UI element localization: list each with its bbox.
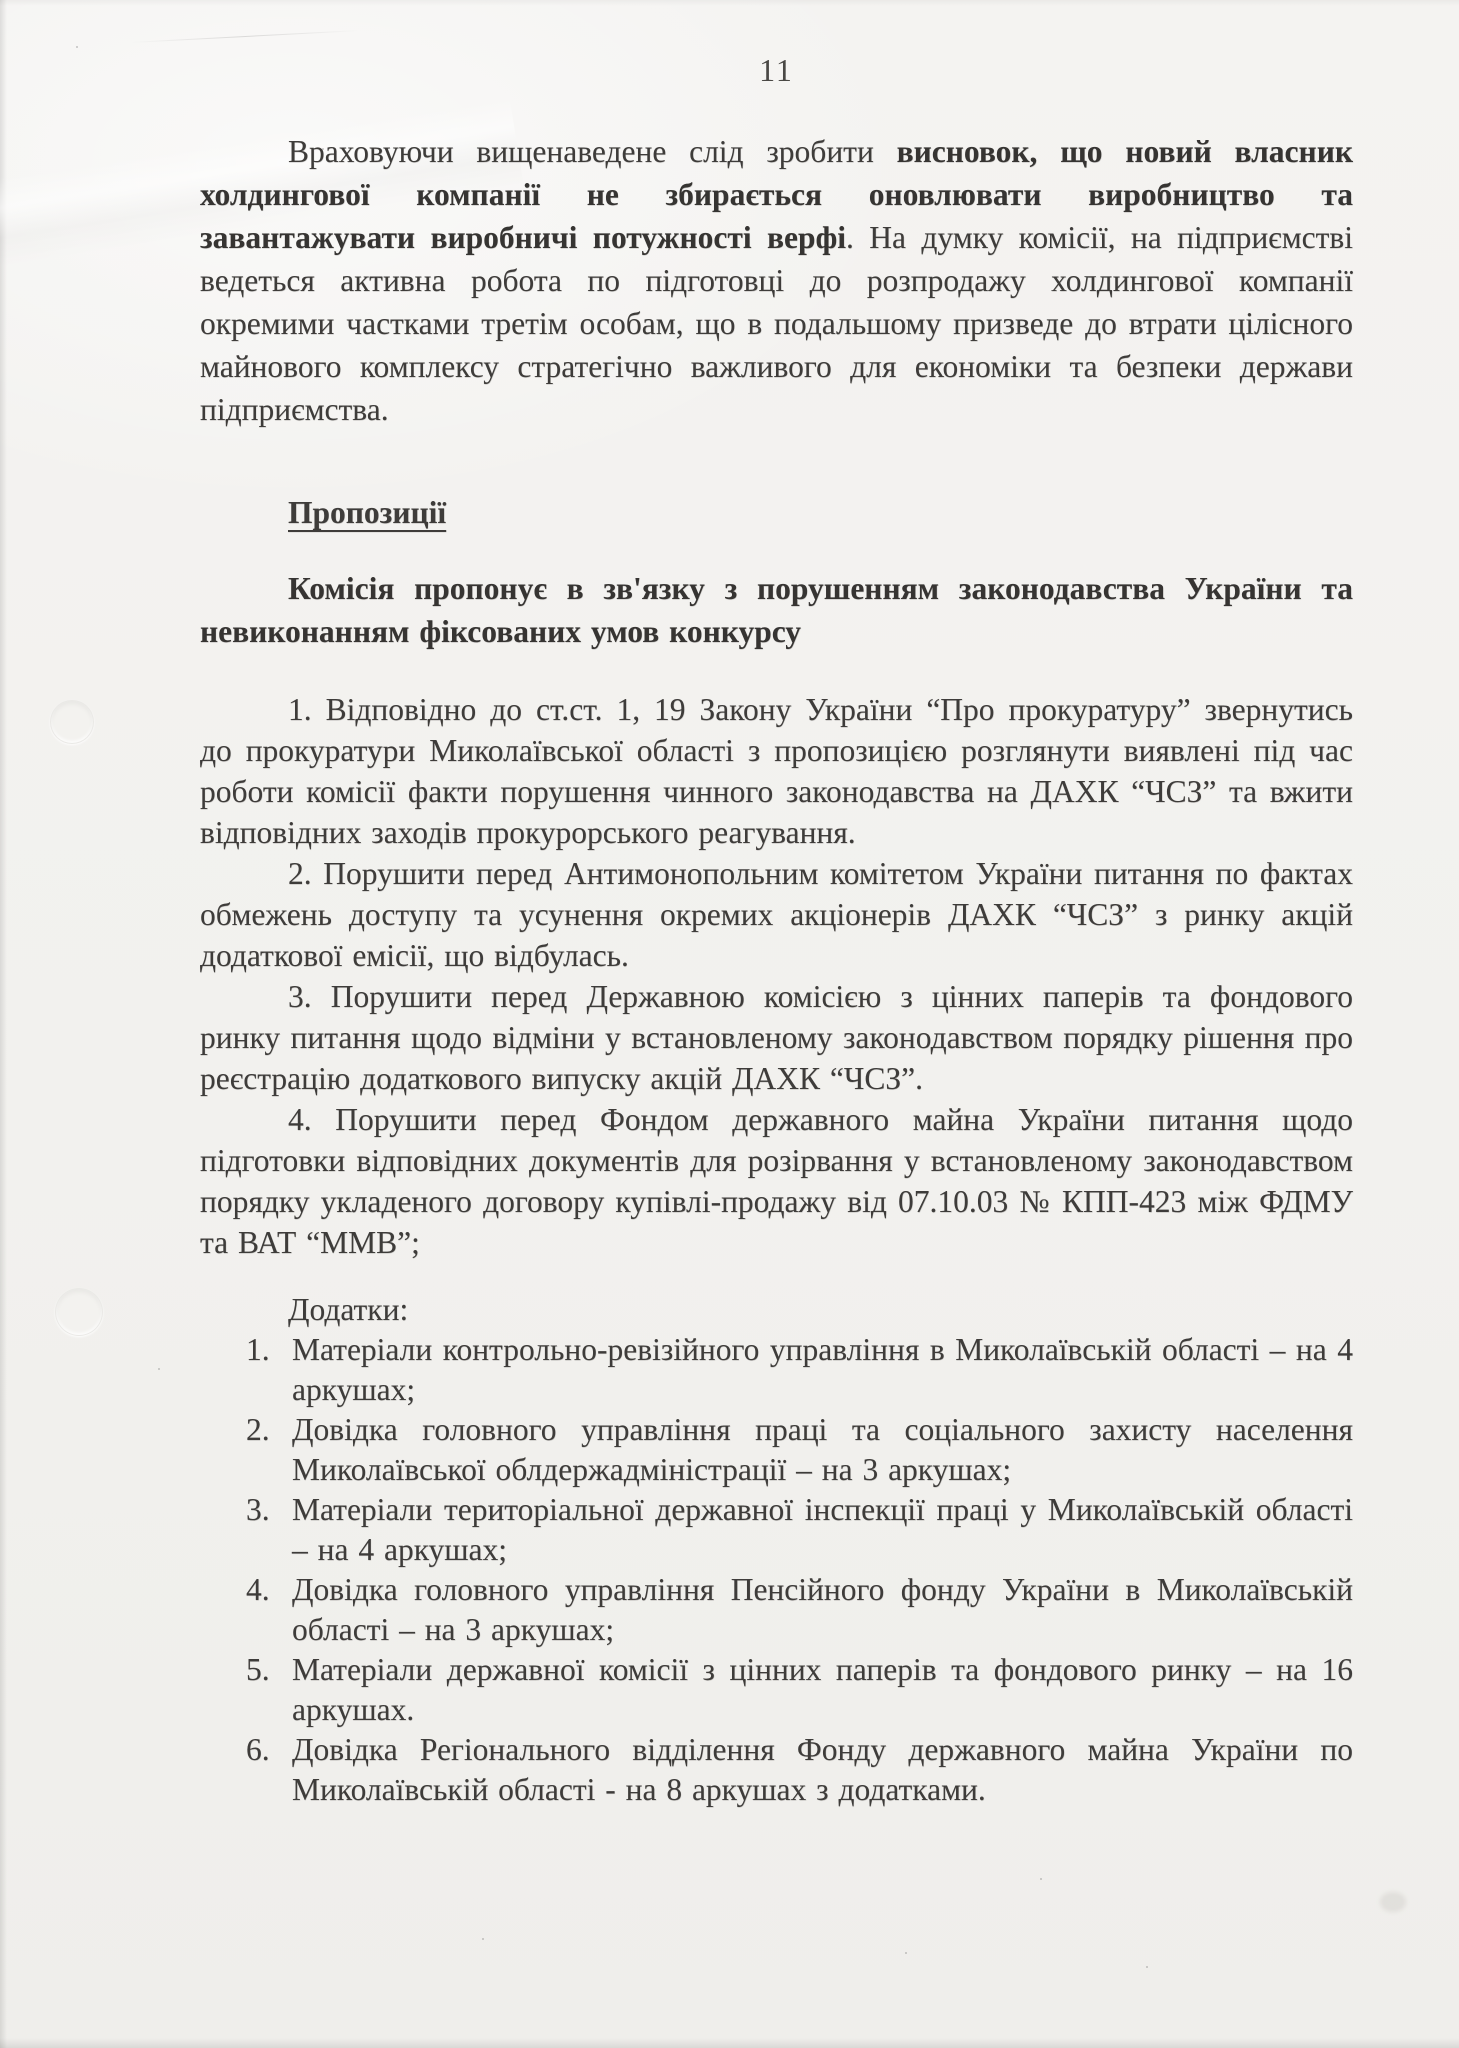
attachment-item: 2.Довідка головного управління праці та … — [200, 1410, 1353, 1490]
document-body: Враховуючи вищенаведене слід зробити вис… — [200, 0, 1353, 1810]
section-heading-text: Пропозиції — [288, 495, 446, 530]
attachment-item-number: 5. — [246, 1650, 270, 1690]
proposal-paragraph: 2. Порушити перед Антимонопольним коміте… — [200, 853, 1353, 976]
attachment-item: 3.Матеріали територіальної державної інс… — [200, 1490, 1353, 1570]
attachment-item-number: 2. — [246, 1410, 270, 1450]
attachments-title: Додатки: — [200, 1290, 1353, 1330]
attachment-item: 5.Матеріали державної комісії з цінних п… — [200, 1650, 1353, 1730]
paper-left-edge-shadow — [0, 0, 7, 2048]
conclusion-paragraph: Враховуючи вищенаведене слід зробити вис… — [200, 130, 1353, 431]
attachment-item: 6.Довідка Регіонального відділення Фонду… — [200, 1730, 1353, 1810]
paper-speck — [1146, 1966, 1148, 1968]
hole-punch — [50, 700, 94, 744]
attachment-item-text: Матеріали контрольно-ревізійного управлі… — [292, 1332, 1353, 1407]
attachment-item-number: 1. — [246, 1330, 270, 1370]
attachment-item: 4.Довідка головного управління Пенсійног… — [200, 1570, 1353, 1650]
attachment-item: 1.Матеріали контрольно-ревізійного управ… — [200, 1330, 1353, 1410]
hole-punch — [55, 1288, 103, 1336]
paper-smudge — [1380, 1892, 1406, 1912]
attachment-item-text: Довідка головного управління праці та со… — [292, 1412, 1353, 1487]
attachment-item-text: Довідка головного управління Пенсійного … — [292, 1572, 1353, 1647]
scanned-document-page: { "doc": { "page_number": "11", "paragra… — [0, 0, 1459, 2048]
paper-speck — [1040, 1878, 1042, 1880]
paper-speck — [482, 1938, 484, 1940]
paper-speck — [905, 1952, 907, 1954]
paper-bottom-edge-shadow — [0, 2038, 1459, 2048]
attachment-item-number: 6. — [246, 1730, 270, 1770]
attachment-item-text: Матеріали державної комісії з цінних пап… — [292, 1652, 1353, 1727]
attachment-item-number: 3. — [246, 1490, 270, 1530]
proposal-paragraph: 3. Порушити перед Державною комісією з ц… — [200, 976, 1353, 1099]
attachment-item-text: Матеріали територіальної державної інспе… — [292, 1492, 1353, 1567]
attachment-item-text: Довідка Регіонального відділення Фонду д… — [292, 1732, 1353, 1807]
proposals-intro-paragraph: Комісія пропонує в зв'язку з порушенням … — [200, 567, 1353, 653]
attachment-item-number: 4. — [246, 1570, 270, 1610]
attachments-list: Додатки: 1.Матеріали контрольно-ревізійн… — [200, 1290, 1353, 1810]
proposals-list: 1. Відповідно до ст.ст. 1, 19 Закону Укр… — [200, 689, 1353, 1263]
proposal-paragraph: 1. Відповідно до ст.ст. 1, 19 Закону Укр… — [200, 689, 1353, 853]
section-heading: Пропозиції — [200, 491, 1353, 534]
proposal-paragraph: 4. Порушити перед Фондом державного майн… — [200, 1099, 1353, 1263]
paper-speck — [76, 46, 78, 48]
paper-speck — [158, 1368, 160, 1370]
paragraph-text: Враховуючи вищенаведене слід зробити — [288, 134, 897, 169]
